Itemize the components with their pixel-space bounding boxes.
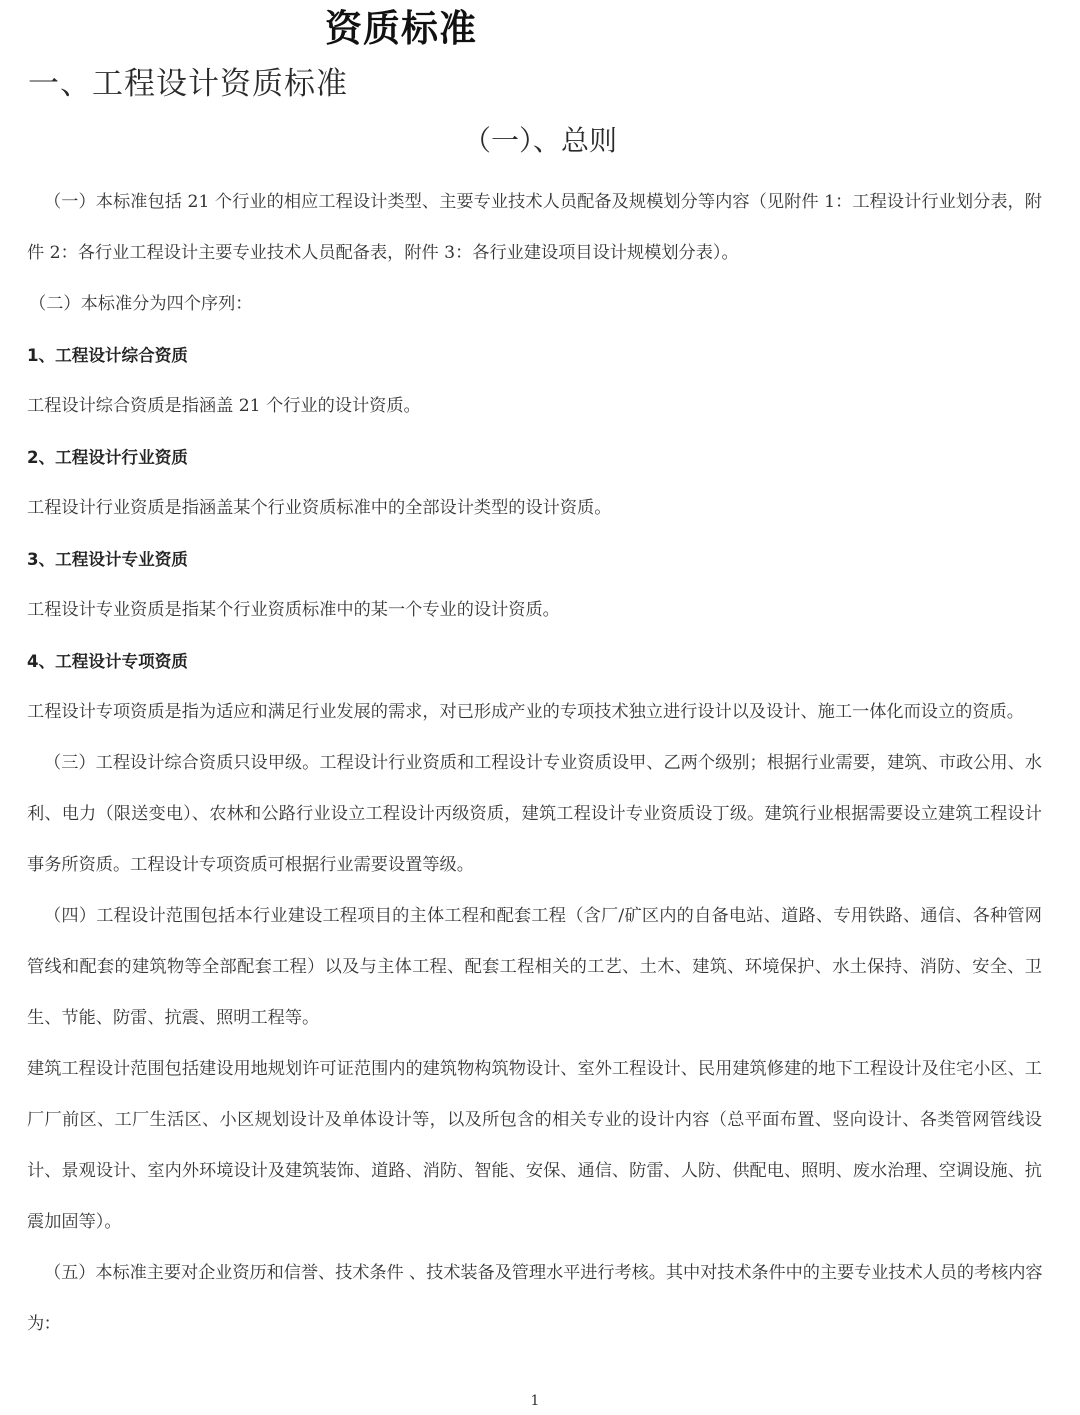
paragraph-specialty-definition: 工程设计专业资质是指某个行业资质标准中的某一个专业的设计资质。 — [27, 585, 1042, 636]
item-heading-specialty: 3、工程设计专业资质 — [27, 534, 1042, 585]
item-heading-comprehensive: 1、工程设计综合资质 — [27, 330, 1042, 381]
paragraph-grade-levels: （三）工程设计综合资质只设甲级。工程设计行业资质和工程设计专业资质设甲、乙两个级… — [27, 738, 1042, 891]
document-title: 资质标准 — [0, 4, 802, 54]
paragraph-industry-definition: 工程设计行业资质是指涵盖某个行业资质标准中的全部设计类型的设计资质。 — [27, 483, 1042, 534]
section-heading: 一、工程设计资质标准 — [28, 62, 348, 106]
item-heading-special-item: 4、工程设计专项资质 — [27, 636, 1042, 687]
paragraph-four-series: （二）本标准分为四个序列： — [27, 279, 1042, 330]
document-body: （一）本标准包括 21 个行业的相应工程设计类型、主要专业技术人员配备及规模划分… — [27, 177, 1042, 1350]
page-number: 1 — [0, 1392, 1070, 1410]
paragraph-scope: （一）本标准包括 21 个行业的相应工程设计类型、主要专业技术人员配备及规模划分… — [27, 177, 1042, 279]
paragraph-design-scope: （四）工程设计范围包括本行业建设工程项目的主体工程和配套工程（含厂/矿区内的自备… — [27, 891, 1042, 1044]
paragraph-special-item-definition: 工程设计专项资质是指为适应和满足行业发展的需求，对已形成产业的专项技术独立进行设… — [27, 687, 1042, 738]
sub-heading-general-provisions: （一）、总则 — [0, 120, 1080, 162]
document-page: 资质标准 一、工程设计资质标准 （一）、总则 （一）本标准包括 21 个行业的相… — [0, 0, 1080, 1415]
paragraph-comprehensive-definition: 工程设计综合资质是指涵盖 21 个行业的设计资质。 — [27, 381, 1042, 432]
item-heading-industry: 2、工程设计行业资质 — [27, 432, 1042, 483]
paragraph-building-design-scope: 建筑工程设计范围包括建设用地规划许可证范围内的建筑物构筑物设计、室外工程设计、民… — [27, 1044, 1042, 1248]
paragraph-assessment: （五）本标准主要对企业资历和信誉、技术条件 、技术装备及管理水平进行考核。其中对… — [27, 1248, 1042, 1350]
